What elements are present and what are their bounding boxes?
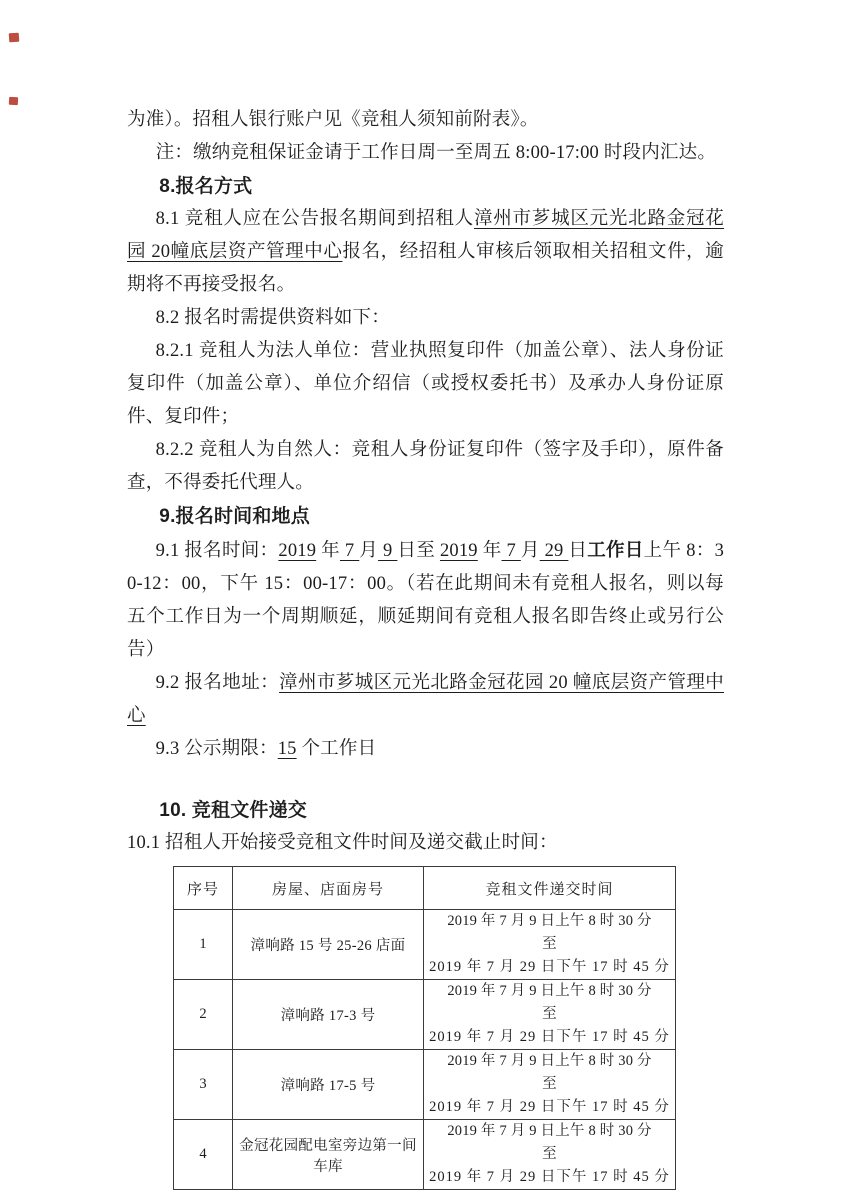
time-line: 2019 年 7 月 9 日上午 8 时 30 分 [424,1050,675,1073]
text-run: 8.2 报名时需提供资料如下： [156,308,390,328]
time-cell: 2019 年 7 月 9 日上午 8 时 30 分至2019 年 7 月 29 … [424,980,676,1050]
serial-cell: 2 [174,980,233,1050]
room-cell: 漳响路 17-5 号 [233,1050,424,1120]
time-cell: 2019 年 7 月 9 日上午 8 时 30 分至2019 年 7 月 29 … [424,1050,676,1120]
time-line: 至 [424,933,675,956]
section-heading: 8.报名方式 [127,170,724,203]
text-run: 月 [359,541,378,561]
text-run: 年 [478,541,502,561]
document-content: 为准）。招租人银行账户见《竞租人须知前附表》。注：缴纳竞租保证金请于工作日周一至… [0,0,849,1190]
doc-paragraph: 9.1 报名时间：2019 年 7 月 9 日至 2019 年 7 月 29 日… [127,533,724,667]
table-body: 1漳响路 15 号 25-26 店面2019 年 7 月 9 日上午 8 时 3… [174,910,676,1190]
serial-cell: 1 [174,910,233,980]
table-row: 3漳响路 17-5 号2019 年 7 月 9 日上午 8 时 30 分至201… [174,1050,676,1120]
document-page: 为准）。招租人银行账户见《竞租人须知前附表》。注：缴纳竞租保证金请于工作日周一至… [0,0,849,1200]
text-run: 月 [521,541,540,561]
text-run: 9.2 报名地址： [156,673,279,693]
text-run: 9.3 公示期限： [156,739,278,759]
text-run: 为准）。招租人银行账户见《竞租人须知前附表》。 [127,110,539,130]
room-cell: 漳响路 17-3 号 [233,980,424,1050]
text-run: 注：缴纳竞租保证金请于工作日周一至周五 8:00-17:00 时段内汇达。 [156,143,716,163]
table-header-cell: 竞租文件递交时间 [424,867,676,910]
doc-paragraph: 8.2.2 竞租人为自然人：竞租人身份证复印件（签字及手印），原件备查，不得委托… [127,434,724,500]
text-run: 日至 [397,541,440,561]
text-run: 8.报名方式 [159,176,252,197]
time-line: 2019 年 7 月 29 日下午 17 时 45 分 [424,956,675,979]
underlined-text: 7 [502,541,521,561]
doc-paragraph: 9.3 公示期限：15 个工作日 [127,733,724,766]
time-line: 2019 年 7 月 9 日上午 8 时 30 分 [424,980,675,1003]
doc-paragraph: 为准）。招租人银行账户见《竞租人须知前附表》。 [127,104,724,137]
text-run: 年 [316,541,340,561]
text-run: 8.1 竞租人应在公告报名期间到招租人 [156,209,474,229]
time-line: 至 [424,1143,675,1166]
text-run: 8.2.2 竞租人为自然人：竞租人身份证复印件（签字及手印），原件备查，不得委托… [127,440,724,493]
text-run: 9.报名时间和地点 [159,506,310,527]
room-cell: 金冠花园配电室旁边第一间车库 [233,1120,424,1190]
room-cell: 漳响路 15 号 25-26 店面 [233,910,424,980]
text-run: 10. 竞租文件递交 [159,800,307,821]
table-row: 4金冠花园配电室旁边第一间车库2019 年 7 月 9 日上午 8 时 30 分… [174,1120,676,1190]
submission-time-table: 序号房屋、店面房号竞租文件递交时间 1漳响路 15 号 25-26 店面2019… [173,866,676,1190]
underlined-text: 2019 [278,541,316,561]
table-row: 2漳响路 17-3 号2019 年 7 月 9 日上午 8 时 30 分至201… [174,980,676,1050]
red-pen-mark [9,97,18,105]
serial-cell: 3 [174,1050,233,1120]
underlined-text: 15 [278,739,297,759]
doc-paragraph: 8.1 竞租人应在公告报名期间到招租人漳州市芗城区元光北路金冠花园 20幢底层资… [127,203,724,302]
time-line: 2019 年 7 月 29 日下午 17 时 45 分 [424,1026,675,1049]
doc-paragraph: 8.2 报名时需提供资料如下： [127,302,724,335]
text-run: 10.1 招租人开始接受竞租文件时间及递交截止时间： [127,833,558,853]
doc-paragraph: 9.2 报名地址：漳州市芗城区元光北路金冠花园 20 幢底层资产管理中心 [127,667,724,733]
section-heading: 10. 竞租文件递交 [127,794,724,827]
time-line: 至 [424,1003,675,1026]
time-line: 至 [424,1073,675,1096]
time-line: 2019 年 7 月 9 日上午 8 时 30 分 [424,1120,675,1143]
time-line: 2019 年 7 月 29 日下午 17 时 45 分 [424,1166,675,1189]
text-run: 8.2.1 竞租人为法人单位：营业执照复印件（加盖公章）、法人身份证复印件（加盖… [127,341,724,427]
time-cell: 2019 年 7 月 9 日上午 8 时 30 分至2019 年 7 月 29 … [424,910,676,980]
text-run: 9.1 报名时间： [156,541,279,561]
underlined-text: 7 [340,541,359,561]
time-line: 2019 年 7 月 9 日上午 8 时 30 分 [424,910,675,933]
bold-text: 工作日 [587,539,643,560]
doc-paragraph: 8.2.1 竞租人为法人单位：营业执照复印件（加盖公章）、法人身份证复印件（加盖… [127,335,724,434]
table-row: 1漳响路 15 号 25-26 店面2019 年 7 月 9 日上午 8 时 3… [174,910,676,980]
table-header-row: 序号房屋、店面房号竞租文件递交时间 [174,867,676,910]
text-run: 个工作日 [297,739,377,759]
paragraph-container: 为准）。招租人银行账户见《竞租人须知前附表》。注：缴纳竞租保证金请于工作日周一至… [127,104,724,860]
underlined-text: 9 [378,541,397,561]
serial-cell: 4 [174,1120,233,1190]
underlined-text: 2019 [440,541,478,561]
table-header-cell: 房屋、店面房号 [233,867,424,910]
section-heading: 9.报名时间和地点 [127,500,724,533]
underlined-text: 29 [540,541,569,561]
time-line: 2019 年 7 月 29 日下午 17 时 45 分 [424,1096,675,1119]
red-pen-mark [9,33,20,43]
table-header-cell: 序号 [174,867,233,910]
time-cell: 2019 年 7 月 9 日上午 8 时 30 分至2019 年 7 月 29 … [424,1120,676,1190]
doc-paragraph: 注：缴纳竞租保证金请于工作日周一至周五 8:00-17:00 时段内汇达。 [127,137,724,170]
doc-paragraph: 10.1 招租人开始接受竞租文件时间及递交截止时间： [127,827,724,860]
text-run: 日 [568,541,587,561]
